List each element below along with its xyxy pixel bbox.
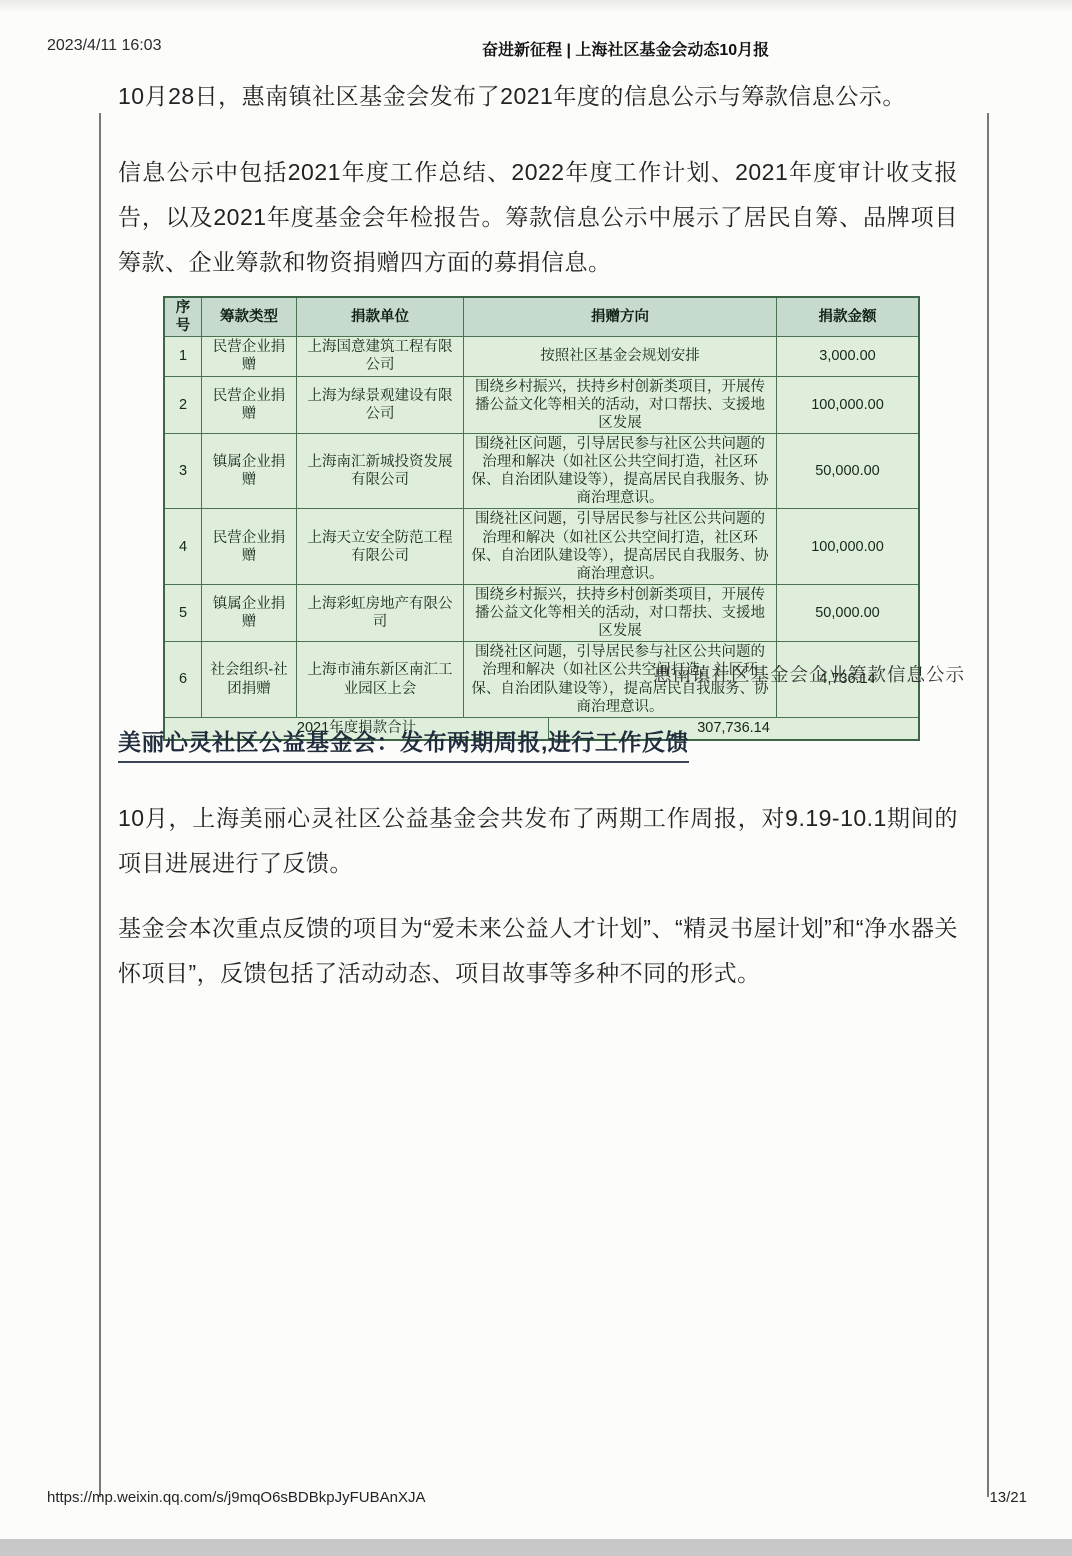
table-cell-type: 民营企业捐赠	[202, 377, 297, 434]
table-cell-amount: 3,000.00	[777, 337, 918, 376]
table-cell-donor: 上海南汇新城投资发展有限公司	[297, 434, 464, 510]
table-cell-direction: 围绕社区问题，引导居民参与社区公共问题的治理和解决（如社区公共空间打造，社区环保…	[464, 509, 777, 585]
table-cell-amount: 100,000.00	[777, 377, 918, 434]
paragraph-weekly-reports: 10月，上海美丽心灵社区公益基金会共发布了两期工作周报，对9.19-10.1期间…	[118, 796, 958, 886]
table-cell-direction: 围绕乡村振兴，扶持乡村创新类项目，开展传播公益文化等相关的活动，对口帮扶、支援地…	[464, 377, 777, 434]
document-title: 奋进新征程 | 上海社区基金会动态10月报	[482, 37, 782, 60]
footer-source-url: https://mp.weixin.qq.com/s/j9mqO6sBDBkpJ…	[47, 1489, 425, 1506]
table-row: 2民营企业捐赠上海为绿景观建设有限公司围绕乡村振兴，扶持乡村创新类项目，开展传播…	[165, 377, 918, 434]
table-cell-amount: 100,000.00	[777, 509, 918, 585]
table-cell-no: 6	[165, 642, 202, 718]
paragraph-disclosure-details: 信息公示中包括2021年度工作总结、2022年度工作计划、2021年度审计收支报…	[118, 150, 958, 285]
table-cell-no: 4	[165, 509, 202, 585]
section-heading: 美丽心灵社区公益基金会：发布两期周报,进行工作反馈	[118, 724, 689, 763]
table-cell-no: 2	[165, 377, 202, 434]
table-cell-donor: 上海为绿景观建设有限公司	[297, 377, 464, 434]
table-cell-direction: 按照社区基金会规划安排	[464, 337, 777, 376]
table-cell-type: 社会组织-社团捐赠	[202, 642, 297, 718]
table-cell-type: 镇属企业捐赠	[202, 434, 297, 510]
paragraph-announcement: 10月28日，惠南镇社区基金会发布了2021年度的信息公示与筹款信息公示。	[118, 74, 958, 119]
table-row: 1民营企业捐赠上海国意建筑工程有限公司按照社区基金会规划安排3,000.00	[165, 337, 918, 376]
paragraph-feedback-projects: 基金会本次重点反馈的项目为“爱未来公益人才计划”、“精灵书屋计划”和“净水器关怀…	[118, 906, 958, 996]
col-header-no: 序号	[165, 298, 202, 337]
page-bottom-bar	[0, 1539, 1072, 1556]
table-cell-amount: 50,000.00	[777, 585, 918, 642]
table-cell-direction: 围绕社区问题，引导居民参与社区公共问题的治理和解决（如社区公共空间打造，社区环保…	[464, 434, 777, 510]
table-cell-type: 镇属企业捐赠	[202, 585, 297, 642]
footer-page-number: 13/21	[989, 1489, 1027, 1506]
table-cell-donor: 上海彩虹房地产有限公司	[297, 585, 464, 642]
donation-table-header-row: 序号 筹款类型 捐款单位 捐赠方向 捐款金额	[165, 298, 918, 337]
table-row: 4民营企业捐赠上海天立安全防范工程有限公司围绕社区问题，引导居民参与社区公共问题…	[165, 509, 918, 585]
table-cell-amount: 50,000.00	[777, 434, 918, 510]
table-cell-type: 民营企业捐赠	[202, 337, 297, 376]
col-header-type: 筹款类型	[202, 298, 297, 337]
table-cell-donor: 上海市浦东新区南汇工业园区上会	[297, 642, 464, 718]
table-cell-no: 5	[165, 585, 202, 642]
page-border-right	[987, 113, 989, 1497]
col-header-amount: 捐款金额	[777, 298, 918, 337]
page-border-left	[99, 113, 101, 1497]
table-cell-donor: 上海天立安全防范工程有限公司	[297, 509, 464, 585]
print-timestamp: 2023/4/11 16:03	[47, 37, 161, 55]
table-row: 3镇属企业捐赠上海南汇新城投资发展有限公司围绕社区问题，引导居民参与社区公共问题…	[165, 434, 918, 510]
table-cell-donor: 上海国意建筑工程有限公司	[297, 337, 464, 376]
col-header-donor: 捐款单位	[297, 298, 464, 337]
table-row: 5镇属企业捐赠上海彩虹房地产有限公司围绕乡村振兴，扶持乡村创新类项目，开展传播公…	[165, 585, 918, 642]
table-cell-type: 民营企业捐赠	[202, 509, 297, 585]
table-cell-direction: 围绕乡村振兴，扶持乡村创新类项目，开展传播公益文化等相关的活动，对口帮扶、支援地…	[464, 585, 777, 642]
col-header-direction: 捐赠方向	[464, 298, 777, 337]
table-cell-no: 3	[165, 434, 202, 510]
table-cell-no: 1	[165, 337, 202, 376]
table-caption: 惠南镇社区基金会企业筹款信息公示	[653, 661, 965, 687]
